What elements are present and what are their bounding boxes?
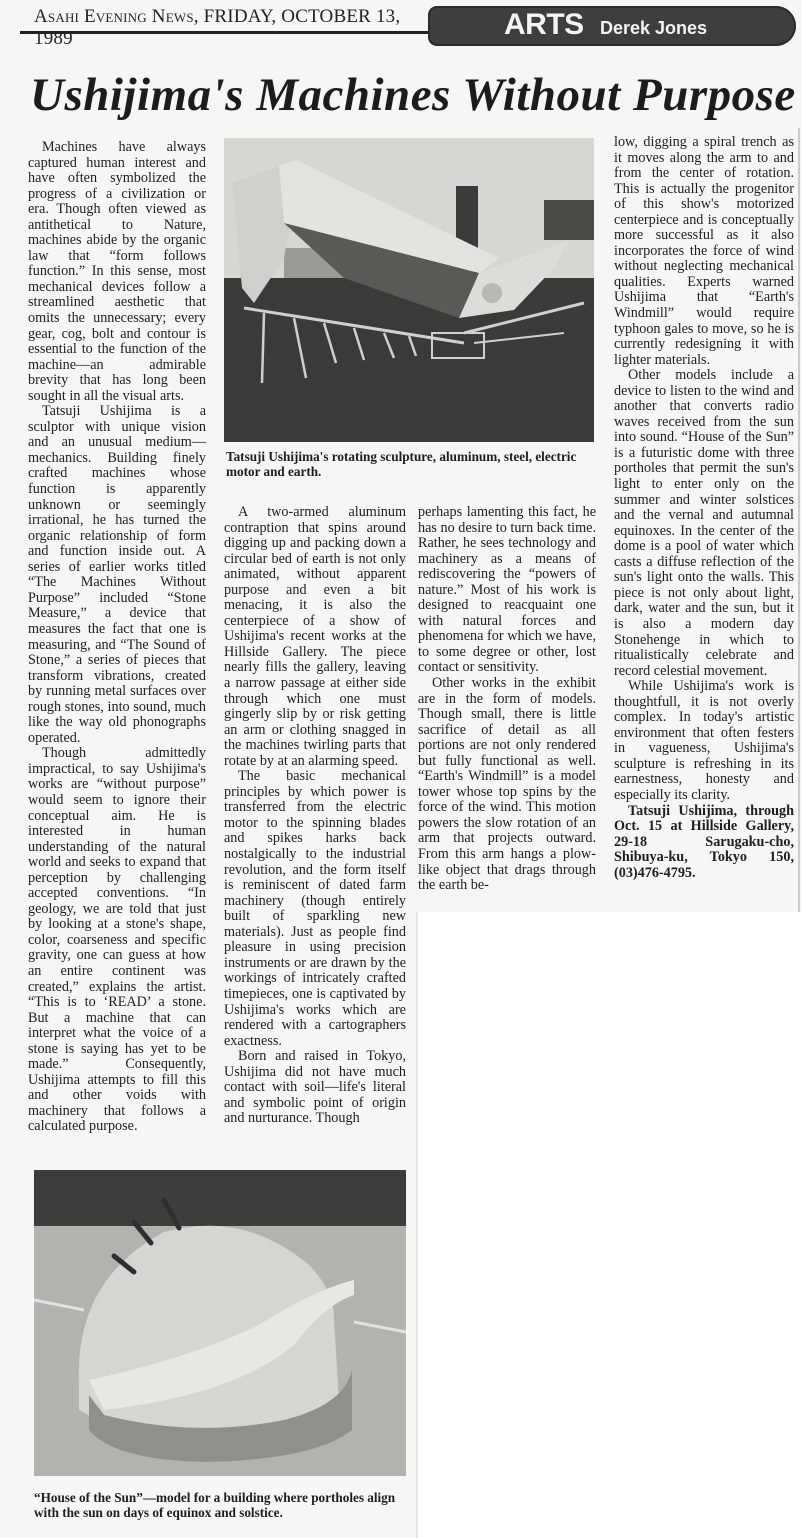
paragraph: Born and raised in Tokyo, Ushijima did n…: [224, 1049, 406, 1127]
article-column-4: low, digging a spiral trench as it moves…: [614, 135, 794, 881]
clipping-edge: [798, 128, 800, 912]
masthead: Asahi Evening News, FRIDAY, OCTOBER 13, …: [34, 6, 434, 50]
paragraph: Tatsuji Ushijima is a sculptor with uniq…: [28, 404, 206, 746]
paragraph: Other models include a device to listen …: [614, 368, 794, 679]
sculpture-photo: [224, 138, 594, 442]
masthead-rule: [20, 31, 440, 34]
empty-page-area: [418, 912, 802, 1538]
paragraph: Other works in the exhibit are in the fo…: [418, 676, 596, 894]
exhibition-listing: Tatsuji Ushijima, through Oct. 15 at Hil…: [614, 804, 794, 882]
byline: Derek Jones: [600, 18, 707, 39]
paragraph: low, digging a spiral trench as it moves…: [614, 135, 794, 368]
rotating-sculpture-image: [224, 138, 594, 442]
house-of-the-sun-photo: [34, 1170, 406, 1476]
paragraph: The basic mechanical principles by which…: [224, 769, 406, 1049]
paragraph: Machines have always captured human inte…: [28, 140, 206, 404]
photo-caption: “House of the Sun”—model for a building …: [34, 1490, 414, 1520]
paragraph: Though admittedly impractical, to say Us…: [28, 746, 206, 1135]
article-column-1: Machines have always captured human inte…: [28, 140, 206, 1135]
article-column-2: A two-armed aluminum contraption that sp…: [224, 505, 406, 1127]
section-banner: ARTS Derek Jones: [428, 6, 796, 46]
photo-caption: Tatsuji Ushijima's rotating sculpture, a…: [226, 449, 598, 479]
paragraph: perhaps lamenting this fact, he has no d…: [418, 505, 596, 676]
dome-model-image: [34, 1170, 406, 1476]
headline: Ushijima's Machines Without Purpose: [30, 68, 800, 122]
article-column-3: perhaps lamenting this fact, he has no d…: [418, 505, 596, 894]
paragraph: While Ushijima's work is thoughtfull, it…: [614, 679, 794, 803]
section-label: ARTS: [504, 8, 584, 42]
paragraph: A two-armed aluminum contraption that sp…: [224, 505, 406, 769]
